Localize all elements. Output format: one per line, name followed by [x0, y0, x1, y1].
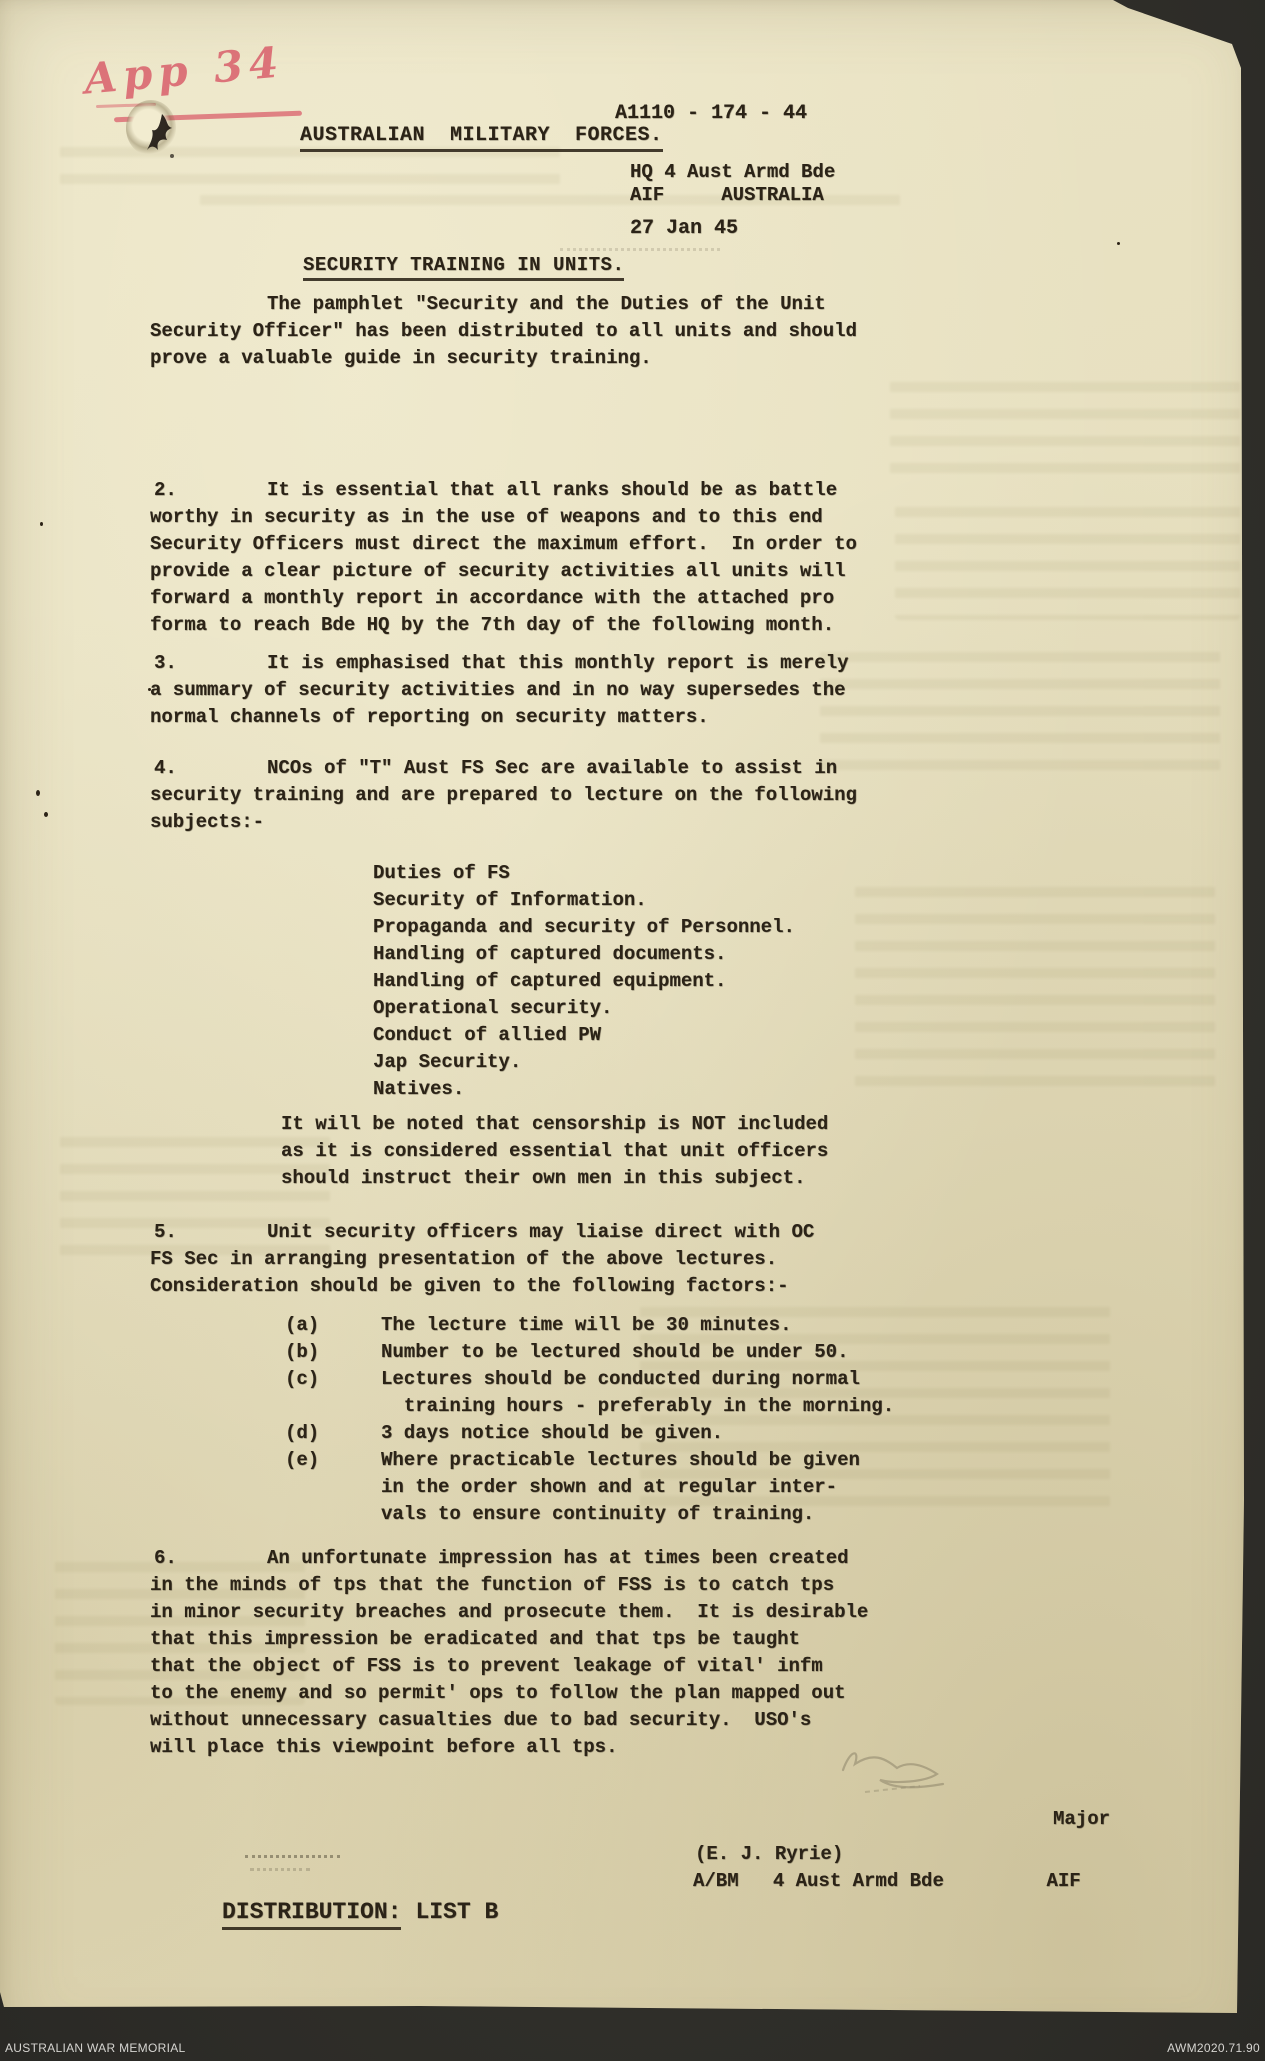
- paragraph-3-text: It is emphasised that this monthly repor…: [150, 650, 940, 731]
- paragraph-4-number: 4.: [154, 755, 177, 782]
- factor-a-text: The lecture time will be 30 minutes.: [381, 1312, 791, 1339]
- dust-speck: [1117, 242, 1120, 245]
- dust-speck: [40, 522, 43, 526]
- verso-showthrough: [895, 500, 1240, 620]
- verso-showthrough: [890, 375, 1240, 485]
- document-date: 27 Jan 45: [630, 217, 738, 240]
- paragraph-4: 4. NCOs of "T" Aust FS Sec are available…: [150, 755, 940, 836]
- subject-title-text: SECURITY TRAINING IN UNITS.: [303, 254, 624, 281]
- faint-marks: [560, 248, 720, 251]
- handwritten-annotation: App 34: [82, 37, 286, 103]
- factor-b-label: (b): [285, 1339, 381, 1366]
- archive-watermark-left: AUSTRALIAN WAR MEMORIAL: [5, 2041, 185, 2055]
- factor-a: (a) The lecture time will be 30 minutes.: [285, 1312, 985, 1339]
- paragraph-5: 5. Unit security officers may liaise dir…: [150, 1219, 940, 1300]
- paragraph-5-text: Unit security officers may liaise direct…: [150, 1219, 940, 1300]
- factor-c: (c) Lectures should be conducted during …: [285, 1366, 985, 1420]
- factors-list: (a) The lecture time will be 30 minutes.…: [285, 1312, 985, 1528]
- factor-c-text: Lectures should be conducted during norm…: [381, 1366, 894, 1420]
- signatory-rank: Major: [1053, 1806, 1110, 1833]
- scan-background: App 34 A1110 - 174 - 44 AUSTRALIAN MILIT…: [0, 0, 1265, 2061]
- paragraph-2-number: 2.: [154, 477, 177, 504]
- factor-a-label: (a): [285, 1312, 381, 1339]
- corner-crease: [1103, 0, 1247, 44]
- censorship-note: It will be noted that censorship is NOT …: [281, 1111, 961, 1192]
- unit-address: HQ 4 Aust Armd Bde: [630, 161, 835, 184]
- factor-c-label: (c): [285, 1366, 381, 1420]
- signatory-appointment: A/BM 4 Aust Armd Bde AIF: [693, 1868, 1081, 1895]
- paragraph-1-text: The pamphlet "Security and the Duties of…: [150, 291, 940, 372]
- dust-speck: [44, 812, 48, 817]
- dust-speck: [148, 688, 151, 691]
- factor-e-text: Where practicable lectures should be giv…: [381, 1447, 860, 1528]
- file-reference: A1110 - 174 - 44: [615, 102, 807, 125]
- paragraph-6-text: An unfortunate impression has at times b…: [150, 1545, 940, 1761]
- verso-showthrough: [855, 880, 1215, 1095]
- dust-speck: [36, 790, 40, 796]
- ink-blot: [142, 112, 188, 164]
- paragraph-6: 6. An unfortunate impression has at time…: [150, 1545, 940, 1761]
- paragraph-5-number: 5.: [154, 1219, 177, 1246]
- paragraph-1: The pamphlet "Security and the Duties of…: [150, 291, 940, 372]
- paragraph-2: 2. It is essential that all ranks should…: [150, 477, 940, 639]
- paragraph-6-number: 6.: [154, 1545, 177, 1572]
- factor-e-label: (e): [285, 1447, 381, 1528]
- organisation-title-text: AUSTRALIAN MILITARY FORCES.: [300, 124, 663, 152]
- factor-d: (d) 3 days notice should be given.: [285, 1420, 985, 1447]
- factor-d-text: 3 days notice should be given.: [381, 1420, 723, 1447]
- organisation-title: AUSTRALIAN MILITARY FORCES.: [300, 124, 663, 152]
- archive-watermark-right: AWM2020.71.90: [1167, 2041, 1260, 2055]
- paragraph-3: 3. It is emphasised that this monthly re…: [150, 650, 940, 731]
- factor-b-text: Number to be lectured should be under 50…: [381, 1339, 848, 1366]
- paragraph-4-text: NCOs of "T" Aust FS Sec are available to…: [150, 755, 940, 836]
- paragraph-2-text: It is essential that all ranks should be…: [150, 477, 940, 639]
- paragraph-3-number: 3.: [154, 650, 177, 677]
- signatory-name: (E. J. Ryrie): [695, 1841, 843, 1868]
- factor-b: (b) Number to be lectured should be unde…: [285, 1339, 985, 1366]
- factor-e: (e) Where practicable lectures should be…: [285, 1447, 985, 1528]
- pencil-marks: [250, 1868, 310, 1871]
- distribution-value: LIST B: [415, 1899, 498, 1925]
- document-page: App 34 A1110 - 174 - 44 AUSTRALIAN MILIT…: [0, 0, 1265, 2061]
- lecture-subjects-list: Duties of FS Security of Information. Pr…: [373, 860, 795, 1103]
- distribution-line: DISTRIBUTION:LIST B: [222, 1899, 498, 1930]
- force-country-line: AIF AUSTRALIA: [630, 184, 824, 207]
- pencil-marks: [245, 1855, 340, 1858]
- factor-d-label: (d): [285, 1420, 381, 1447]
- subject-title: SECURITY TRAINING IN UNITS.: [303, 254, 624, 281]
- distribution-label: DISTRIBUTION:: [222, 1899, 401, 1930]
- signature-scribble: [825, 1740, 1025, 1815]
- censorship-note-text: It will be noted that censorship is NOT …: [281, 1111, 961, 1192]
